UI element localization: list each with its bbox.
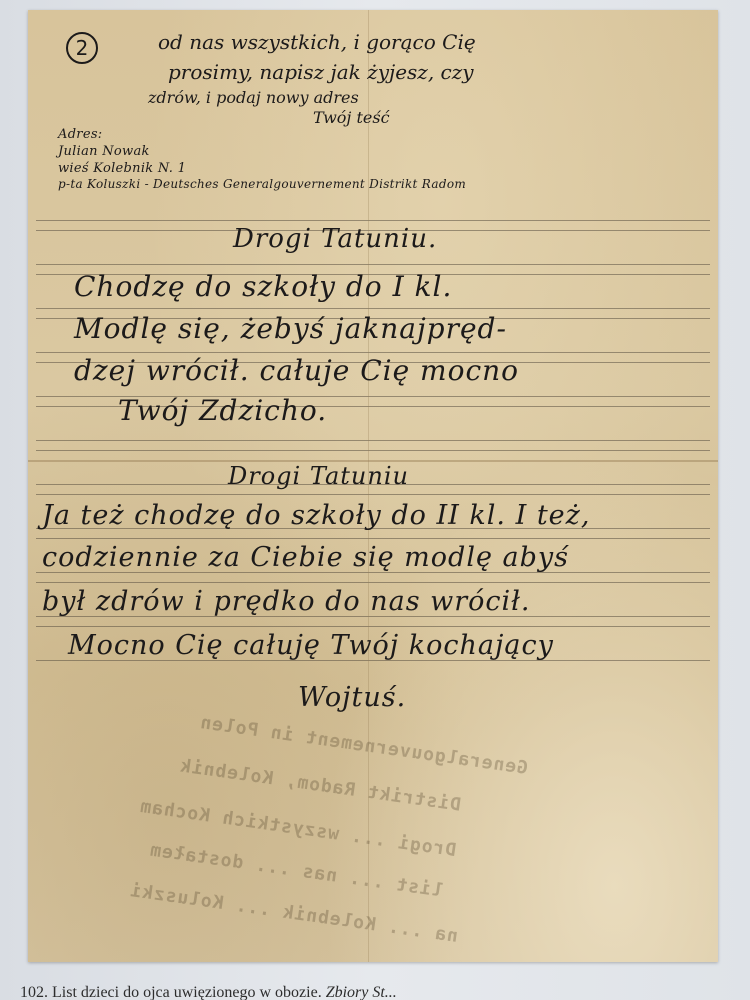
letter2-line: codziennie za Ciebie się modlę abyś — [42, 542, 569, 573]
letter2-greeting: Drogi Tatuniu — [228, 462, 409, 490]
letter1-line: Modlę się, żebyś jaknajpręd- — [74, 312, 507, 345]
page-number-badge: 2 — [66, 32, 98, 64]
letter2-line: był zdrów i prędko do nas wrócił. — [42, 586, 531, 617]
figure-caption: 102. List dzieci do ojca uwięzionego w o… — [20, 984, 397, 1000]
postscript-line: prosimy, napisz jak żyjesz, czy — [168, 60, 474, 84]
address-line: Julian Nowak — [58, 144, 150, 159]
letter2-signature: Wojtuś. — [298, 682, 406, 713]
address-line: p-ta Koluszki - Deutsches Generalgouvern… — [58, 177, 466, 191]
caption-text: List dzieci do ojca uwięzionego w obozie… — [52, 984, 322, 1000]
postscript-line: od nas wszystkich, i gorąco Cię — [158, 30, 476, 54]
letter1-signature: Twój Zdzicho. — [118, 394, 327, 427]
letter1-line: dzej wrócił. całuje Cię mocno — [74, 354, 519, 387]
postscript-line: zdrów, i podaj nowy adres — [148, 88, 359, 107]
letter1-line: Chodzę do szkoły do I kl. — [74, 270, 452, 303]
letter1-greeting: Drogi Tatuniu. — [233, 224, 437, 254]
letter-sheet: Generalgouvernement in Polen Distrikt Ra… — [28, 10, 718, 962]
address-line: wieś Kolebnik N. 1 — [58, 161, 186, 176]
letter2-line: Mocno Cię całuję Twój kochający — [68, 630, 554, 661]
address-label: Adres: — [58, 127, 102, 142]
letter2-line: Ja też chodzę do szkoły do II kl. I też, — [42, 500, 590, 531]
caption-source: Zbiory St... — [326, 984, 397, 1000]
postscript-signature: Twój teść — [313, 108, 390, 127]
caption-number: 102. — [20, 984, 48, 1000]
